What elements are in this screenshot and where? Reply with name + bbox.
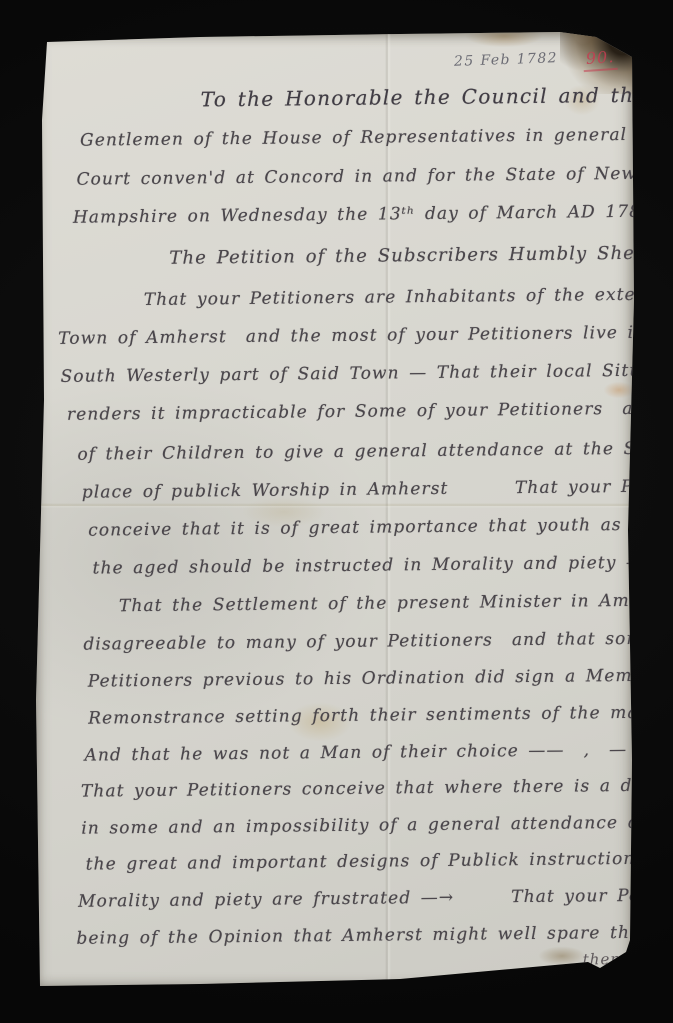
manuscript-line-18: And that he was not a Man of their choic… xyxy=(84,742,627,765)
manuscript-line-4: Hampshire on Wednesday the 13ᵗʰ day of M… xyxy=(73,203,673,227)
manuscript-line-19: That your Petitioners conceive that wher… xyxy=(81,777,673,801)
manuscript-line-16: Petitioners previous to his Ordination d… xyxy=(88,667,673,691)
manuscript-line-8: South Westerly part of Said Town — That … xyxy=(60,362,673,386)
manuscript-line-14: That the Settlement of the present Minis… xyxy=(119,592,673,615)
manuscript-line-12: conceive that it is of great importance … xyxy=(88,516,673,539)
manuscript-line-9: renders it impracticable for Some of you… xyxy=(67,400,673,424)
manuscript-line-3: Court conven'd at Concord in and for the… xyxy=(76,166,655,189)
manuscript-line-2: Gentlemen of the House of Representative… xyxy=(80,127,627,150)
manuscript-line-10: of their Children to give a general atte… xyxy=(77,440,673,463)
catchword: there xyxy=(583,950,629,968)
manuscript-page: 25 Feb 1782 90. To the Honorable the Cou… xyxy=(34,32,636,990)
manuscript-line-5: The Petition of the Subscribers Humbly S… xyxy=(169,244,673,267)
manuscript-line-13: the aged should be instructed in Moralit… xyxy=(93,554,673,577)
manuscript-line-11: place of publick Worship in Amherst That… xyxy=(82,478,673,502)
manuscript-line-21: the great and important designs of Publi… xyxy=(86,850,673,873)
manuscript-line-1: To the Honorable the Council and the xyxy=(201,85,648,110)
manuscript-line-7: Town of Amherst and the most of your Pet… xyxy=(58,324,673,348)
manuscript-line-17: Remonstrance setting forth their sentime… xyxy=(88,704,673,727)
manuscript-line-22: Morality and piety are frustrated —→ Tha… xyxy=(78,887,673,911)
manuscript-line-6: That your Petitioners are Inhabitants of… xyxy=(144,286,673,309)
photo-background: 25 Feb 1782 90. To the Honorable the Cou… xyxy=(0,0,673,1023)
manuscript-line-20: in some and an impossibility of a genera… xyxy=(81,814,673,838)
manuscript-text: To the Honorable the Council and the Gen… xyxy=(29,29,641,993)
manuscript-line-23: being of the Opinion that Amherst might … xyxy=(76,925,658,948)
manuscript-line-15: disagreeable to many of your Petitioners… xyxy=(83,630,673,654)
